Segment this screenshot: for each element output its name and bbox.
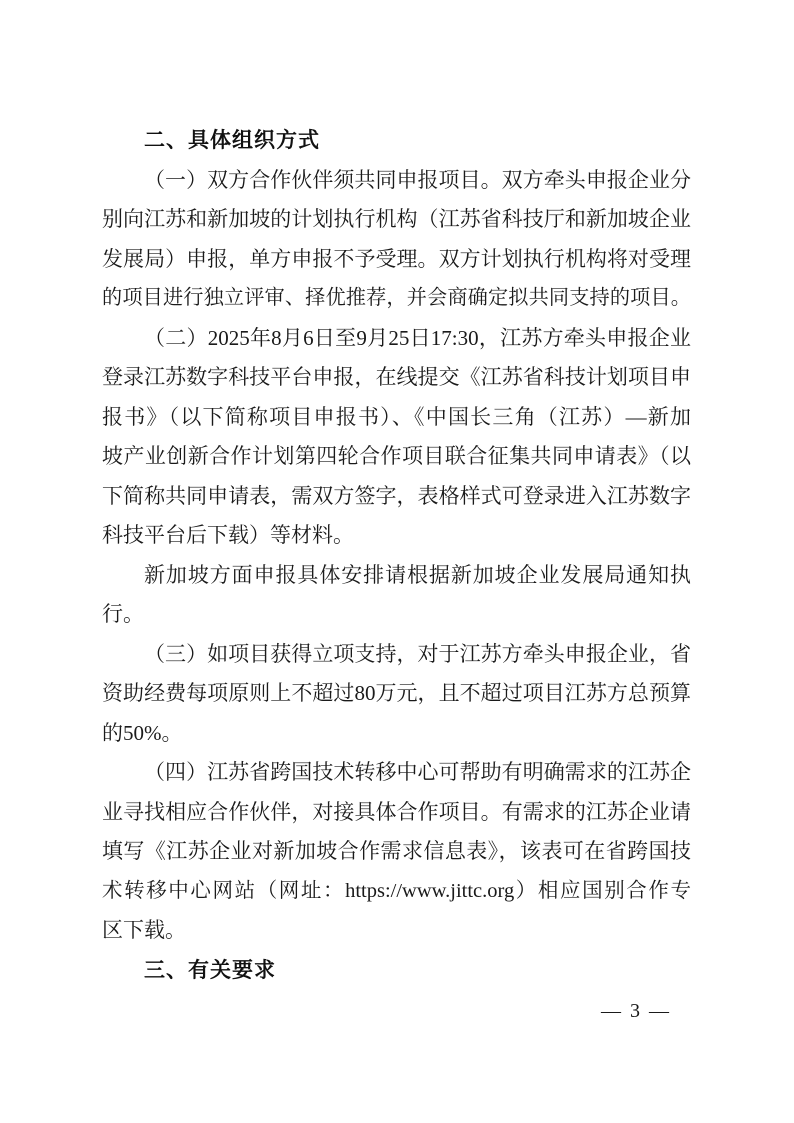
text-line: （二）2025年8月6日至9月25日17:30，江苏方牵头申报企业 <box>102 319 691 359</box>
paragraph-1: （一）双方合作伙伴须共同申报项目。双方牵头申报企业分 别向江苏和新加坡的计划执行… <box>102 161 691 319</box>
text-line: 的项目进行独立评审、择优推荐，并会商确定拟共同支持的项目。 <box>102 279 691 319</box>
page-number: — 3 — <box>601 999 671 1023</box>
paragraph-3: 新加坡方面申报具体安排请根据新加坡企业发展局通知执 行。 <box>102 556 691 635</box>
text-line: （一）双方合作伙伴须共同申报项目。双方牵头申报企业分 <box>102 161 691 201</box>
text-line: 科技平台后下载）等材料。 <box>102 516 691 556</box>
text-line: （四）江苏省跨国技术转移中心可帮助有明确需求的江苏企 <box>102 753 691 793</box>
text-line: 报书》（以下简称项目申报书）、《中国长三角（江苏）—新加 <box>102 398 691 438</box>
text-line: 业寻找相应合作伙伴，对接具体合作项目。有需求的江苏企业请 <box>102 793 691 833</box>
text-line: 术转移中心网站（网址：https://www.jittc.org）相应国别合作专 <box>102 872 691 912</box>
paragraph-5: （四）江苏省跨国技术转移中心可帮助有明确需求的江苏企 业寻找相应合作伙伴，对接具… <box>102 753 691 951</box>
text-line: 的50%。 <box>102 714 691 754</box>
text-column: 二、具体组织方式 （一）双方合作伙伴须共同申报项目。双方牵头申报企业分 别向江苏… <box>102 121 691 990</box>
text-line: 新加坡方面申报具体安排请根据新加坡企业发展局通知执 <box>102 556 691 596</box>
text-line: 填写《江苏企业对新加坡合作需求信息表》，该表可在省跨国技 <box>102 832 691 872</box>
text-line: （三）如项目获得立项支持，对于江苏方牵头申报企业，省 <box>102 635 691 675</box>
text-line: 资助经费每项原则上不超过80万元，且不超过项目江苏方总预算 <box>102 674 691 714</box>
document-page: 二、具体组织方式 （一）双方合作伙伴须共同申报项目。双方牵头申报企业分 别向江苏… <box>0 0 794 1123</box>
text-line: 发展局）申报，单方申报不予受理。双方计划执行机构将对受理 <box>102 240 691 280</box>
section-heading-2: 二、具体组织方式 <box>102 121 691 161</box>
section-heading-3: 三、有关要求 <box>102 951 691 991</box>
text-line: 行。 <box>102 595 691 635</box>
text-line: 别向江苏和新加坡的计划执行机构（江苏省科技厅和新加坡企业 <box>102 200 691 240</box>
paragraph-4: （三）如项目获得立项支持，对于江苏方牵头申报企业，省 资助经费每项原则上不超过8… <box>102 635 691 754</box>
text-line: 区下载。 <box>102 911 691 951</box>
text-line: 坡产业创新合作计划第四轮合作项目联合征集共同申请表》（以 <box>102 437 691 477</box>
text-line: 登录江苏数字科技平台申报，在线提交《江苏省科技计划项目申 <box>102 358 691 398</box>
text-line: 下简称共同申请表，需双方签字，表格样式可登录进入江苏数字 <box>102 477 691 517</box>
paragraph-2: （二）2025年8月6日至9月25日17:30，江苏方牵头申报企业 登录江苏数字… <box>102 319 691 556</box>
